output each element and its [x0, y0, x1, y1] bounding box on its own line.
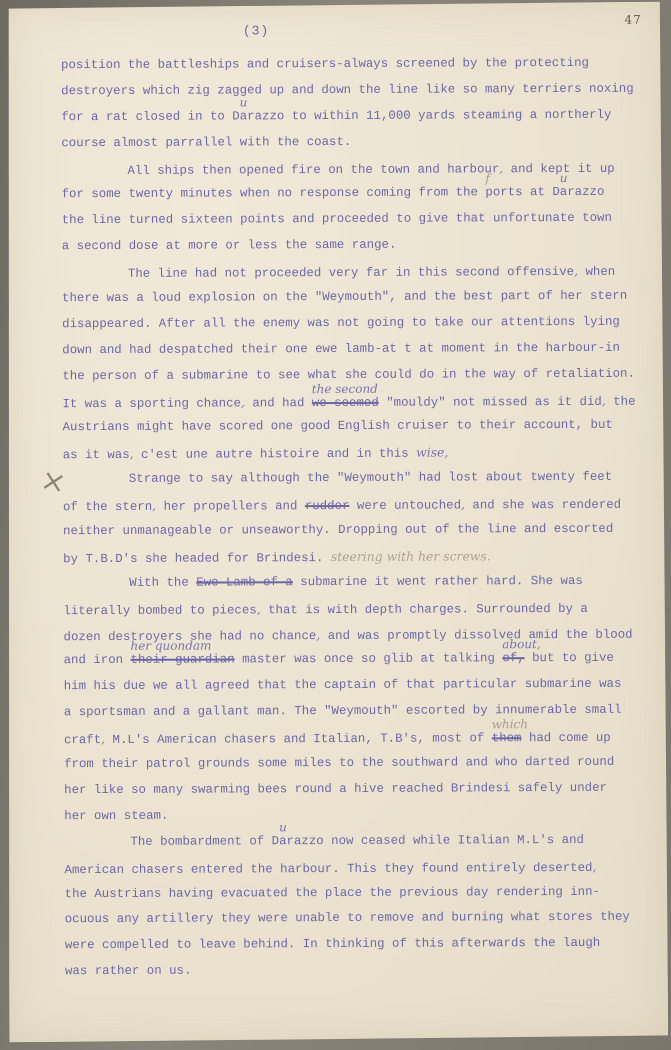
text-line: her own steam. — [64, 801, 653, 829]
typed-text: M.L's American chasers and Italian, T.B'… — [105, 731, 492, 747]
typed-text: destroyers which zig zagged up and down … — [61, 82, 634, 98]
typed-text: at D — [523, 185, 560, 199]
typed-text: Strange to say although the "Weymouth" h… — [129, 470, 612, 486]
handwritten-annotation: about, — [502, 639, 540, 651]
typed-text: ocuous any artillery they were unable to… — [65, 910, 630, 926]
typed-text: had come up — [521, 731, 610, 745]
text-line: craft, M.L's American chasers and Italia… — [64, 724, 653, 752]
struck-text: themwhich — [492, 731, 522, 745]
struck-text: their guardianher quondam — [130, 653, 234, 667]
text-line: her like so many swarming bees round a h… — [64, 776, 653, 804]
typed-text: but to give — [525, 651, 614, 665]
typed-text: razzo to within 11,000 yards steaming a … — [247, 108, 611, 124]
page-number: (3) — [243, 23, 269, 38]
typed-text: c'est une autre histoire and in this — [134, 447, 417, 462]
text-line: disappeared. After all the enemy was not… — [62, 310, 651, 338]
typed-text: of the stern — [63, 500, 152, 514]
document-page: 47 (3) × position the battleships and cr… — [5, 2, 669, 1043]
typed-text: neither unmanageable or unseaworthy. Dro… — [63, 522, 613, 538]
typed-text: the Austrians having evacuated the place… — [65, 884, 600, 900]
text-line: The bombardment of Daurazzo now ceased w… — [64, 827, 653, 855]
handwritten-annotation: u — [560, 172, 568, 184]
text-line: there was a loud explosion on the "Weymo… — [62, 284, 651, 312]
text-line: the Austrians having evacuated the place… — [65, 879, 654, 907]
folio-number: 47 — [624, 13, 641, 27]
handwritten-annotation: u — [279, 821, 287, 833]
typed-text: by T.B.D's she headed for Brindesi. — [63, 551, 331, 566]
typed-text: that is with depth charges. Surrounded b… — [261, 602, 588, 617]
handwritten-annotation: which — [492, 718, 528, 730]
typed-text: a sportsman and a gallant man. The "Weym… — [64, 703, 622, 719]
text-line: With the Ewe Lamb of a submarine it went… — [63, 568, 652, 596]
typed-text: her own steam. — [64, 809, 168, 823]
handwritten-annotation: the second — [312, 382, 378, 394]
typed-text: when — [578, 265, 615, 279]
typed-text: craft — [64, 733, 101, 747]
typed-text: "mouldy" not missed as it did — [379, 394, 602, 409]
text-line: him his due we all agreed that the capta… — [64, 672, 653, 700]
typed-text: au — [279, 834, 286, 848]
text-line: the line turned sixteen points and proce… — [62, 206, 651, 234]
text-line: destroyers which zig zagged up and down … — [61, 77, 650, 105]
typed-text: the person of a submarine to see what sh… — [62, 366, 635, 382]
typed-text: was rather on us. — [65, 964, 191, 979]
handwritten-pencil: steering with her screws. — [331, 548, 491, 564]
text-line: literally bombed to pieces, that is with… — [63, 594, 652, 622]
text-line: ocuous any artillery they were unable to… — [65, 905, 654, 933]
handwritten-ink: , — [592, 858, 596, 873]
typed-text: portsf — [485, 186, 522, 200]
typed-text: With the — [129, 575, 196, 589]
typed-text: position the battleships and cruisers-al… — [61, 56, 589, 72]
text-line: of the stern, her propellers and rudder … — [63, 491, 652, 519]
typed-text: and she was rendered — [465, 498, 621, 513]
typed-text: were compelled to leave behind. In think… — [65, 936, 600, 952]
text-line: a second dose at more or less the same r… — [62, 232, 651, 260]
handwritten-annotation: u — [240, 96, 248, 108]
struck-text: of,about, — [502, 652, 524, 666]
scanned-document: { "page": { "folio": "47", "page_number"… — [0, 0, 671, 1050]
text-line: Austrians might have scored one good Eng… — [63, 413, 652, 441]
typed-text: American chasers entered the harbour. Th… — [64, 860, 592, 876]
text-line: and iron their guardianher quondam maste… — [64, 646, 653, 674]
typed-lines: position the battleships and cruisers-al… — [61, 51, 654, 986]
handwritten-annotation: f — [485, 173, 490, 185]
typed-text: and was promptly dissolved amid the bloo… — [320, 627, 632, 642]
typed-text: as it was — [63, 448, 130, 462]
typed-text: the — [606, 394, 636, 408]
handwritten-annotation: her quondam — [130, 640, 211, 652]
typed-text: au — [240, 109, 247, 123]
handwritten-ink: wise, — [416, 445, 448, 460]
typed-text: there was a loud explosion on the "Weymo… — [62, 289, 627, 305]
text-line: were compelled to leave behind. In think… — [65, 931, 654, 959]
typed-text: The line had not proceeded very far in t… — [128, 265, 574, 281]
typed-text: down and had despatched their one ewe la… — [62, 341, 620, 357]
text-line: course almost parrallel with the coast. — [61, 128, 650, 156]
text-line: as it was, c'est une autre histoire and … — [63, 439, 652, 467]
text-line: American chasers entered the harbour. Th… — [64, 853, 653, 881]
text-line: a sportsman and a gallant man. The "Weym… — [64, 698, 653, 726]
text-line: by T.B.D's she headed for Brindesi. stee… — [63, 543, 652, 571]
typed-text: her like so many swarming bees round a h… — [64, 781, 607, 797]
text-line: down and had despatched their one ewe la… — [62, 335, 651, 363]
typed-text: her propellers and — [156, 499, 305, 514]
typed-text: for a rat closed in to D — [61, 109, 240, 124]
struck-text: we seemedthe second — [312, 395, 379, 409]
typed-text: submarine it went rather hard. She was — [293, 574, 583, 589]
typed-text: Austrians might have scored one good Eng… — [63, 418, 613, 434]
typed-text: razzo now ceased while Italian M.L's and — [287, 833, 584, 848]
text-line: for a rat closed in to Daurazzo to withi… — [61, 102, 650, 130]
typed-text: au — [560, 185, 567, 199]
typed-text: were untouched — [349, 499, 461, 513]
text-line: It was a sporting chance, and had we see… — [62, 387, 651, 415]
typed-text: for some twenty minutes when no response… — [62, 186, 486, 202]
typed-text: razzo — [567, 185, 604, 199]
text-line: from their patrol grounds some miles to … — [64, 750, 653, 778]
typed-text: from their patrol grounds some miles to … — [64, 755, 614, 771]
typed-text: disappeared. After all the enemy was not… — [62, 315, 620, 331]
typed-text: The bombardment of D — [130, 834, 279, 849]
text-line: neither unmanageable or unseaworthy. Dro… — [63, 517, 652, 545]
typed-text: It was a sporting chance — [62, 396, 241, 411]
text-line: was rather on us. — [65, 957, 654, 985]
struck-text: rudder — [305, 499, 350, 513]
text-line: The line had not proceeded very far in t… — [62, 258, 651, 286]
typed-text: All ships then opened fire on the town a… — [127, 162, 499, 178]
text-line: Strange to say although the "Weymouth" h… — [63, 465, 652, 493]
typed-text: and iron — [64, 653, 131, 667]
text-line: position the battleships and cruisers-al… — [61, 51, 650, 79]
typed-text: course almost parrallel with the coast. — [61, 135, 351, 150]
text-line: for some twenty minutes when no response… — [62, 180, 651, 208]
struck-text: Ewe Lamb of a — [196, 575, 293, 589]
typed-text: a second dose at more or less the same r… — [62, 238, 397, 253]
typed-text: and had — [245, 396, 312, 410]
typed-text: literally bombed to pieces — [63, 603, 256, 618]
typed-text: him his due we all agreed that the capta… — [64, 677, 622, 693]
typed-text: master was once so glib at talking — [235, 652, 503, 667]
typed-text: the line turned sixteen points and proce… — [62, 211, 612, 227]
